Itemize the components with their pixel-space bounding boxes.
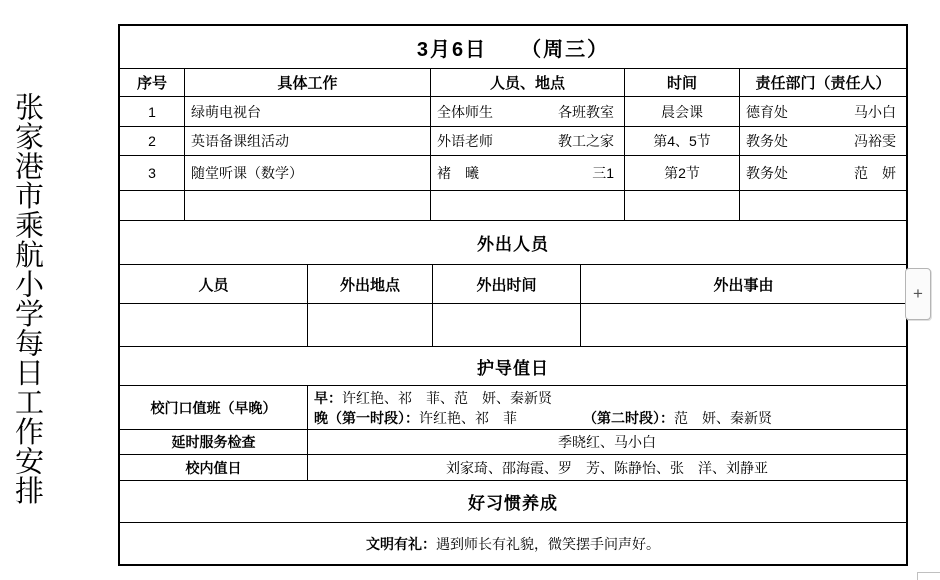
work-row-4-dept[interactable] bbox=[739, 191, 906, 220]
place-value: 教工之家 bbox=[558, 131, 614, 151]
campus-duty-content-cell[interactable]: 刘家琦、邵海霞、罗 芳、陈静怡、张 洋、刘静亚 bbox=[307, 455, 906, 480]
gate-morning-line: 早：许红艳、祁 菲、范 妍、秦新贤 bbox=[314, 388, 552, 408]
delay-check-row: 延时服务检查 季晓红、马小白 bbox=[120, 429, 906, 454]
work-columns-row: 序号 具体工作 人员、地点 时间 责任部门（责任人） bbox=[120, 68, 906, 96]
owner-value: 马小白 bbox=[854, 102, 896, 122]
time-value: 第2节 bbox=[664, 163, 700, 183]
task-value: 绿萌电视台 bbox=[191, 102, 261, 122]
campus-duty-label-cell[interactable]: 校内值日 bbox=[120, 455, 307, 480]
bottom-right-partial-widget[interactable] bbox=[917, 572, 940, 580]
dept-value: 教务处 bbox=[746, 163, 788, 183]
outing-section-row: 外出人员 bbox=[120, 220, 906, 264]
date-header-text: 3月6日 （周三） bbox=[417, 33, 609, 62]
work-row-2-time[interactable]: 第4、5节 bbox=[624, 127, 739, 155]
gate-duty-row: 校门口值班（早晚） 早：许红艳、祁 菲、范 妍、秦新贤 晚（第一时段）：许红艳、… bbox=[120, 385, 906, 429]
outing-col-person-label: 人员 bbox=[198, 274, 228, 295]
habit-content-cell[interactable]: 文明有礼：遇到师长有礼貌，微笑摆手问声好。 bbox=[120, 523, 906, 564]
outing-section-cell[interactable]: 外出人员 bbox=[120, 221, 906, 264]
dept-value: 教务处 bbox=[746, 131, 788, 151]
habit-section-cell[interactable]: 好习惯养成 bbox=[120, 481, 906, 522]
outing-cell-place[interactable] bbox=[307, 304, 432, 346]
campus-duty-names: 刘家琦、邵海霞、罗 芳、陈静怡、张 洋、刘静亚 bbox=[446, 458, 768, 478]
work-row-2-seq[interactable]: 2 bbox=[120, 127, 184, 155]
gate-evening-line: 晚（第一时段）：许红艳、祁 菲（第二时段）：范 妍、秦新贤 bbox=[314, 408, 772, 428]
work-row-3-seq[interactable]: 3 bbox=[120, 156, 184, 190]
work-row-4-task[interactable] bbox=[184, 191, 430, 220]
seq-value: 2 bbox=[148, 133, 156, 149]
table-row: 3 随堂听课（数学） 褚 曦 三1 第2节 教务处 范 妍 bbox=[120, 155, 906, 190]
gate-morning-prefix: 早： bbox=[314, 390, 342, 406]
daily-work-schedule-page: 张家港市乘航小学每日工作安排 3月6日 （周三） 序号 具体工作 人员、地点 时… bbox=[0, 0, 940, 580]
habit-content-row: 文明有礼：遇到师长有礼貌，微笑摆手问声好。 bbox=[120, 522, 906, 564]
work-row-2-dept[interactable]: 教务处 冯裕雯 bbox=[739, 127, 906, 155]
owner-value: 冯裕雯 bbox=[854, 131, 896, 151]
person-value: 外语老师 bbox=[437, 131, 493, 151]
work-row-4-time[interactable] bbox=[624, 191, 739, 220]
outing-section-title: 外出人员 bbox=[477, 230, 549, 255]
duty-section-cell[interactable]: 护导值日 bbox=[120, 347, 906, 385]
outing-row-empty bbox=[120, 303, 906, 346]
seq-value: 3 bbox=[148, 165, 156, 181]
outing-col-time-label: 外出时间 bbox=[476, 274, 536, 295]
col-header-person-place-label: 人员、地点 bbox=[490, 72, 565, 93]
time-value: 第4、5节 bbox=[653, 131, 711, 151]
date-header-cell[interactable]: 3月6日 （周三） bbox=[120, 26, 906, 68]
work-row-1-seq[interactable]: 1 bbox=[120, 97, 184, 126]
work-row-3-dept[interactable]: 教务处 范 妍 bbox=[739, 156, 906, 190]
place-value: 三1 bbox=[592, 163, 614, 183]
task-value: 随堂听课（数学） bbox=[191, 163, 303, 183]
duty-section-row: 护导值日 bbox=[120, 346, 906, 385]
table-row: 2 英语备课组活动 外语老师 教工之家 第4、5节 教务处 冯裕雯 bbox=[120, 126, 906, 155]
outing-col-time[interactable]: 外出时间 bbox=[432, 265, 580, 303]
gate-morning-names: 许红艳、祁 菲、范 妍、秦新贤 bbox=[342, 390, 552, 406]
col-header-dept[interactable]: 责任部门（责任人） bbox=[739, 69, 906, 96]
work-row-3-task[interactable]: 随堂听课（数学） bbox=[184, 156, 430, 190]
work-row-1-dept[interactable]: 德育处 马小白 bbox=[739, 97, 906, 126]
owner-value: 范 妍 bbox=[854, 163, 896, 183]
date-header-row: 3月6日 （周三） bbox=[120, 26, 906, 68]
delay-check-label-cell[interactable]: 延时服务检查 bbox=[120, 430, 307, 454]
work-row-2-person-place[interactable]: 外语老师 教工之家 bbox=[430, 127, 624, 155]
delay-check-content-cell[interactable]: 季晓红、马小白 bbox=[307, 430, 906, 454]
col-header-seq-label: 序号 bbox=[137, 72, 167, 93]
work-row-1-time[interactable]: 晨会课 bbox=[624, 97, 739, 126]
outing-col-person[interactable]: 人员 bbox=[120, 265, 307, 303]
add-button[interactable]: + bbox=[905, 268, 931, 320]
gate-evening2-prefix: （第二时段）： bbox=[583, 410, 674, 426]
col-header-seq[interactable]: 序号 bbox=[120, 69, 184, 96]
campus-duty-row: 校内值日 刘家琦、邵海霞、罗 芳、陈静怡、张 洋、刘静亚 bbox=[120, 454, 906, 480]
gate-evening-names: 许红艳、祁 菲 bbox=[419, 410, 517, 426]
habit-prefix: 文明有礼： bbox=[366, 534, 436, 554]
table-row: 1 绿萌电视台 全体师生 各班教室 晨会课 德育处 马小白 bbox=[120, 96, 906, 126]
col-header-time-label: 时间 bbox=[667, 72, 697, 93]
schedule-table: 3月6日 （周三） 序号 具体工作 人员、地点 时间 责任部门（责任人） 1 绿… bbox=[118, 24, 908, 566]
col-header-time[interactable]: 时间 bbox=[624, 69, 739, 96]
table-row-empty bbox=[120, 190, 906, 220]
gate-duty-label-cell[interactable]: 校门口值班（早晚） bbox=[120, 386, 307, 429]
delay-check-names: 季晓红、马小白 bbox=[558, 432, 656, 452]
outing-cell-reason[interactable] bbox=[580, 304, 906, 346]
work-row-3-person-place[interactable]: 褚 曦 三1 bbox=[430, 156, 624, 190]
time-value: 晨会课 bbox=[661, 102, 703, 122]
outing-cell-time[interactable] bbox=[432, 304, 580, 346]
duty-section-title: 护导值日 bbox=[477, 354, 549, 379]
outing-col-reason-label: 外出事由 bbox=[713, 274, 773, 295]
outing-col-place[interactable]: 外出地点 bbox=[307, 265, 432, 303]
campus-duty-label: 校内值日 bbox=[186, 458, 242, 478]
col-header-person-place[interactable]: 人员、地点 bbox=[430, 69, 624, 96]
habit-content-text: 遇到师长有礼貌，微笑摆手问声好。 bbox=[436, 534, 660, 554]
gate-evening-prefix: 晚（第一时段）： bbox=[314, 410, 419, 426]
work-row-4-seq[interactable] bbox=[120, 191, 184, 220]
work-row-3-time[interactable]: 第2节 bbox=[624, 156, 739, 190]
work-row-1-task[interactable]: 绿萌电视台 bbox=[184, 97, 430, 126]
work-row-1-person-place[interactable]: 全体师生 各班教室 bbox=[430, 97, 624, 126]
seq-value: 1 bbox=[148, 104, 156, 120]
habit-section-row: 好习惯养成 bbox=[120, 480, 906, 522]
gate-duty-content-cell[interactable]: 早：许红艳、祁 菲、范 妍、秦新贤 晚（第一时段）：许红艳、祁 菲（第二时段）：… bbox=[307, 386, 906, 429]
plus-icon: + bbox=[913, 284, 923, 304]
outing-columns-row: 人员 外出地点 外出时间 外出事由 bbox=[120, 264, 906, 303]
delay-check-label: 延时服务检查 bbox=[172, 432, 256, 452]
page-title-vertical: 张家港市乘航小学每日工作安排 bbox=[9, 92, 45, 512]
outing-col-place-label: 外出地点 bbox=[340, 274, 400, 295]
work-row-4-person-place[interactable] bbox=[430, 191, 624, 220]
col-header-task[interactable]: 具体工作 bbox=[184, 69, 430, 96]
dept-value: 德育处 bbox=[746, 102, 788, 122]
gate-duty-label: 校门口值班（早晚） bbox=[151, 398, 277, 418]
col-header-dept-label: 责任部门（责任人） bbox=[755, 72, 890, 93]
work-row-2-task[interactable]: 英语备课组活动 bbox=[184, 127, 430, 155]
gate-evening2-names: 范 妍、秦新贤 bbox=[674, 410, 772, 426]
person-value: 褚 曦 bbox=[437, 163, 479, 183]
place-value: 各班教室 bbox=[558, 102, 614, 122]
outing-col-reason[interactable]: 外出事由 bbox=[580, 265, 906, 303]
outing-cell-person[interactable] bbox=[120, 304, 307, 346]
person-value: 全体师生 bbox=[437, 102, 493, 122]
habit-section-title: 好习惯养成 bbox=[468, 489, 558, 514]
col-header-task-label: 具体工作 bbox=[277, 72, 337, 93]
task-value: 英语备课组活动 bbox=[191, 131, 289, 151]
